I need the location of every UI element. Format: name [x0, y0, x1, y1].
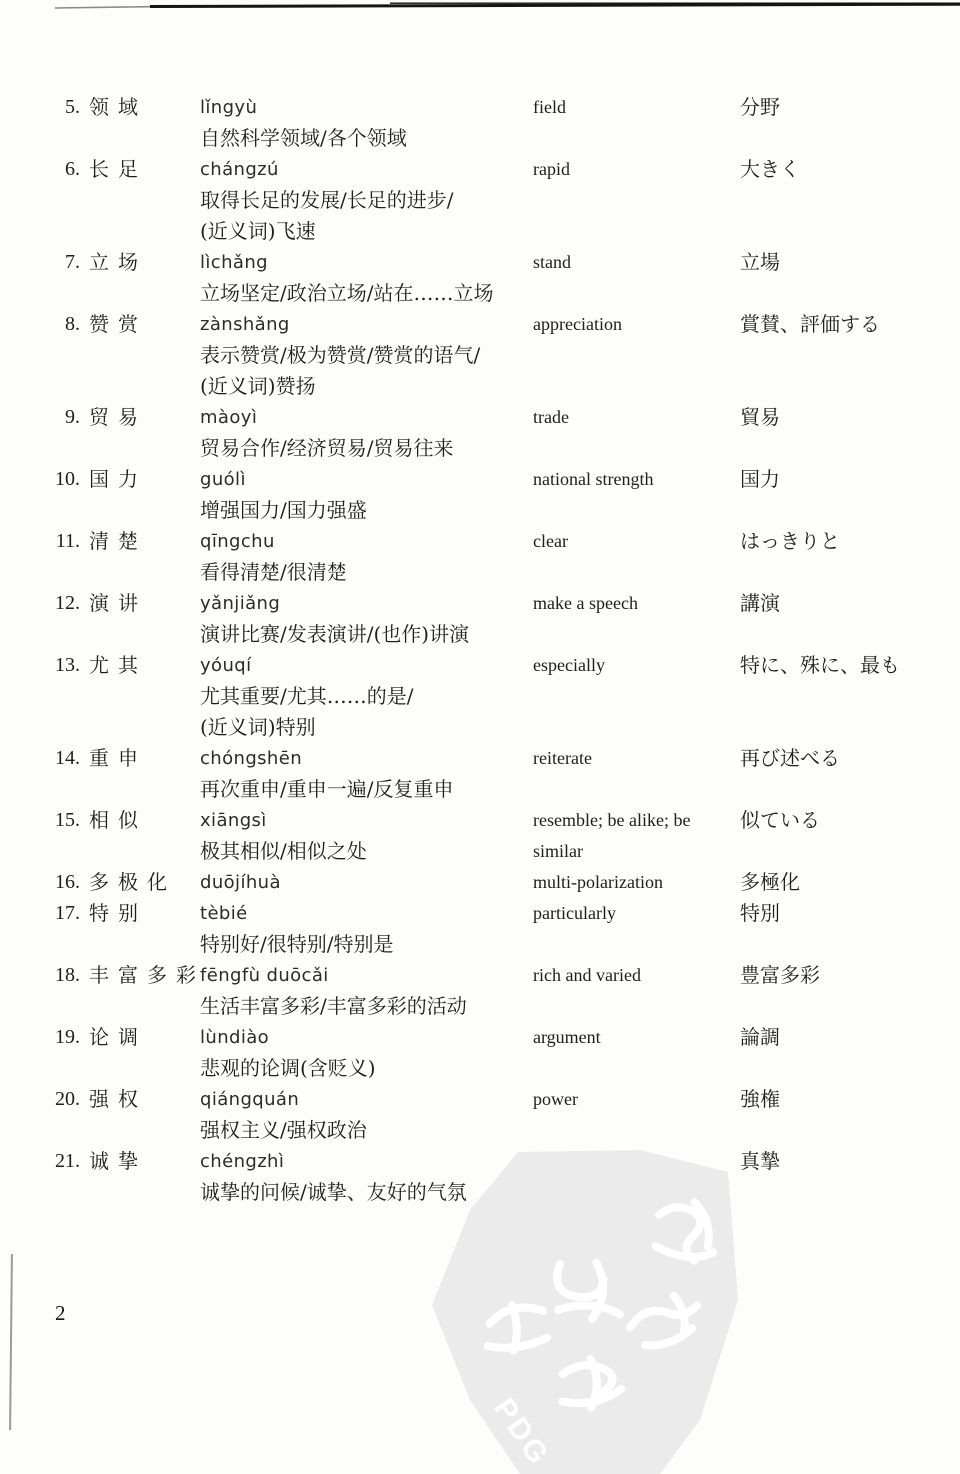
- pinyin-example-cell: xiāngsì 极其相似/相似之处: [200, 805, 533, 867]
- vocab-entry: 14. 重申 chóngshēn 再次重申/重申一遍/反复重申 reiterat…: [40, 743, 946, 805]
- entry-example: (近义词)飞速: [200, 216, 533, 247]
- watermark-pdg-label: PDG: [487, 1392, 556, 1472]
- entry-pinyin: yǎnjiǎng: [200, 588, 533, 619]
- vocab-entry: 16. 多极化 duōjíhuà multi-polarization 多極化: [40, 867, 946, 898]
- entry-example: 增强国力/国力强盛: [200, 495, 533, 526]
- headword-cell: 11. 清楚: [40, 526, 200, 557]
- entry-headword: 演讲: [89, 588, 147, 619]
- vocab-entry: 5. 领域 lǐngyù 自然科学领域/各个领域 field 分野: [40, 92, 946, 154]
- entry-japanese: 大きく: [740, 154, 946, 185]
- vocab-entry: 15. 相似 xiāngsì 极其相似/相似之处 resemble; be al…: [40, 805, 946, 867]
- pinyin-example-cell: duōjíhuà: [200, 867, 533, 898]
- vocab-entry: 8. 赞赏 zànshǎng 表示赞赏/极为赞赏/赞赏的语气/(近义词)赞扬 a…: [40, 309, 946, 402]
- entry-examples: 强权主义/强权政治: [200, 1115, 533, 1146]
- entry-japanese: 論調: [740, 1022, 946, 1053]
- entry-number: 16.: [40, 867, 80, 898]
- entry-number: 5.: [40, 92, 80, 123]
- headword-cell: 20. 强权: [40, 1084, 200, 1115]
- entry-japanese: 特に、殊に、最も: [740, 650, 946, 681]
- entry-japanese: はっきりと: [740, 526, 946, 557]
- entry-pinyin: lìchǎng: [200, 247, 533, 278]
- entry-japanese: 真摯: [740, 1146, 946, 1177]
- entry-japanese: 強権: [740, 1084, 946, 1115]
- pinyin-example-cell: màoyì 贸易合作/经济贸易/贸易往来: [200, 402, 533, 464]
- scan-edge-line-top: [0, 0, 960, 14]
- vocab-entry: 20. 强权 qiángquán 强权主义/强权政治 power 強権: [40, 1084, 946, 1146]
- entry-headword: 丰富多彩: [89, 960, 205, 991]
- entry-english: rich and varied: [533, 960, 740, 991]
- vocab-entry: 7. 立场 lìchǎng 立场坚定/政治立场/站在……立场 stand 立場: [40, 247, 946, 309]
- entry-headword: 长足: [89, 154, 147, 185]
- entry-english: trade: [533, 402, 740, 433]
- headword-cell: 14. 重申: [40, 743, 200, 774]
- pinyin-example-cell: qiángquán 强权主义/强权政治: [200, 1084, 533, 1146]
- entry-pinyin: yóuqí: [200, 650, 533, 681]
- headword-cell: 19. 论调: [40, 1022, 200, 1053]
- entry-example: 看得清楚/很清楚: [200, 557, 533, 588]
- entry-example: 尤其重要/尤其……的是/: [200, 681, 533, 712]
- vocab-entry: 13. 尤其 yóuqí 尤其重要/尤其……的是/(近义词)特别 especia…: [40, 650, 946, 743]
- headword-cell: 6. 长足: [40, 154, 200, 185]
- pinyin-example-cell: fēngfù duōcǎi 生活丰富多彩/丰富多彩的活动: [200, 960, 533, 1022]
- entry-example: 生活丰富多彩/丰富多彩的活动: [200, 991, 533, 1022]
- entry-headword: 多极化: [89, 867, 176, 898]
- entry-japanese: 分野: [740, 92, 946, 123]
- entry-pinyin: chéngzhì: [200, 1146, 533, 1177]
- entry-example: 取得长足的发展/长足的进步/: [200, 185, 533, 216]
- entry-japanese: 国力: [740, 464, 946, 495]
- vocab-entry: 6. 长足 chángzú 取得长足的发展/长足的进步/(近义词)飞速 rapi…: [40, 154, 946, 247]
- entry-number: 20.: [40, 1084, 80, 1115]
- entry-headword: 国力: [89, 464, 147, 495]
- entry-examples: 再次重申/重申一遍/反复重申: [200, 774, 533, 805]
- entry-pinyin: guólì: [200, 464, 533, 495]
- entry-examples: 贸易合作/经济贸易/贸易往来: [200, 433, 533, 464]
- pinyin-example-cell: zànshǎng 表示赞赏/极为赞赏/赞赏的语气/(近义词)赞扬: [200, 309, 533, 402]
- headword-cell: 9. 贸易: [40, 402, 200, 433]
- vocab-entry: 19. 论调 lùndiào 悲观的论调(含贬义) argument 論調: [40, 1022, 946, 1084]
- entry-number: 15.: [40, 805, 80, 836]
- entry-examples: 立场坚定/政治立场/站在……立场: [200, 278, 533, 309]
- entry-pinyin: fēngfù duōcǎi: [200, 960, 533, 991]
- entry-english: resemble; be alike; be similar: [533, 805, 740, 867]
- entry-english: sincere: [533, 1146, 740, 1177]
- watermark-seal-glyph: [556, 1355, 623, 1413]
- entry-english: appreciation: [533, 309, 740, 340]
- entry-number: 21.: [40, 1146, 80, 1177]
- entry-headword: 贸易: [89, 402, 147, 433]
- entry-examples: 增强国力/国力强盛: [200, 495, 533, 526]
- entry-pinyin: zànshǎng: [200, 309, 533, 340]
- entry-pinyin: màoyì: [200, 402, 533, 433]
- entry-number: 9.: [40, 402, 80, 433]
- entry-japanese: 賞賛、評価する: [740, 309, 946, 340]
- entry-headword: 领域: [89, 92, 147, 123]
- entry-headword: 相似: [89, 805, 147, 836]
- entry-example: 表示赞赏/极为赞赏/赞赏的语气/: [200, 340, 533, 371]
- vocab-entry: 10. 国力 guólì 增强国力/国力强盛 national strength…: [40, 464, 946, 526]
- entry-english: make a speech: [533, 588, 740, 619]
- scan-edge-line-left: [9, 1254, 13, 1430]
- entry-english: especially: [533, 650, 740, 681]
- entry-example: 再次重申/重申一遍/反复重申: [200, 774, 533, 805]
- entry-headword: 清楚: [89, 526, 147, 557]
- entry-pinyin: duōjíhuà: [200, 867, 533, 898]
- watermark-seal-glyph: [483, 1301, 549, 1354]
- entry-japanese: 立場: [740, 247, 946, 278]
- headword-cell: 12. 演讲: [40, 588, 200, 619]
- vocab-entry: 12. 演讲 yǎnjiǎng 演讲比赛/发表演讲/(也作)讲演 make a …: [40, 588, 946, 650]
- entry-japanese: 再び述べる: [740, 743, 946, 774]
- entry-example: 特别好/很特别/特别是: [200, 929, 533, 960]
- entry-english: national strength: [533, 464, 740, 495]
- pinyin-example-cell: chéngzhì 诚挚的问候/诚挚、友好的气氛: [200, 1146, 533, 1208]
- entry-english: reiterate: [533, 743, 740, 774]
- entry-headword: 诚挚: [89, 1146, 147, 1177]
- scanned-book-page: 5. 领域 lǐngyù 自然科学领域/各个领域 field 分野 6. 长足 …: [0, 0, 960, 1474]
- entry-japanese: 貿易: [740, 402, 946, 433]
- entry-examples: 诚挚的问候/诚挚、友好的气氛: [200, 1177, 533, 1208]
- entry-pinyin: lùndiào: [200, 1022, 533, 1053]
- pinyin-example-cell: yóuqí 尤其重要/尤其……的是/(近义词)特别: [200, 650, 533, 743]
- entry-pinyin: lǐngyù: [200, 92, 533, 123]
- entry-english: field: [533, 92, 740, 123]
- entry-headword: 论调: [89, 1022, 147, 1053]
- entry-examples: 尤其重要/尤其……的是/(近义词)特别: [200, 681, 533, 743]
- headword-cell: 13. 尤其: [40, 650, 200, 681]
- entry-pinyin: tèbié: [200, 898, 533, 929]
- entry-number: 7.: [40, 247, 80, 278]
- entry-number: 8.: [40, 309, 80, 340]
- entry-japanese: 豊富多彩: [740, 960, 946, 991]
- entry-japanese: 似ている: [740, 805, 946, 836]
- headword-cell: 16. 多极化: [40, 867, 200, 898]
- entry-examples: 看得清楚/很清楚: [200, 557, 533, 588]
- vocab-entry: 9. 贸易 màoyì 贸易合作/经济贸易/贸易往来 trade 貿易: [40, 402, 946, 464]
- pinyin-example-cell: tèbié 特别好/很特别/特别是: [200, 898, 533, 960]
- entry-example: 立场坚定/政治立场/站在……立场: [200, 278, 533, 309]
- entry-english: multi-polarization: [533, 867, 740, 898]
- entry-example: 自然科学领域/各个领域: [200, 123, 533, 154]
- watermark-seal-glyph: [625, 1291, 704, 1351]
- entry-headword: 强权: [89, 1084, 147, 1115]
- entry-japanese: 多極化: [740, 867, 946, 898]
- pinyin-example-cell: guólì 增强国力/国力强盛: [200, 464, 533, 526]
- headword-cell: 21. 诚挚: [40, 1146, 200, 1177]
- vocab-entry: 18. 丰富多彩 fēngfù duōcǎi 生活丰富多彩/丰富多彩的活动 ri…: [40, 960, 946, 1022]
- headword-cell: 18. 丰富多彩: [40, 960, 200, 991]
- pinyin-example-cell: lǐngyù 自然科学领域/各个领域: [200, 92, 533, 154]
- entry-number: 17.: [40, 898, 80, 929]
- pinyin-example-cell: chóngshēn 再次重申/重申一遍/反复重申: [200, 743, 533, 805]
- entry-english: particularly: [533, 898, 740, 929]
- entry-headword: 尤其: [89, 650, 147, 681]
- pinyin-example-cell: qīngchu 看得清楚/很清楚: [200, 526, 533, 588]
- vocab-entry: 21. 诚挚 chéngzhì 诚挚的问候/诚挚、友好的气氛 sincere 真…: [40, 1146, 946, 1208]
- entry-english: power: [533, 1084, 740, 1115]
- entry-example: 强权主义/强权政治: [200, 1115, 533, 1146]
- watermark-seal-glyph: [550, 1255, 620, 1325]
- entry-examples: 悲观的论调(含贬义): [200, 1053, 533, 1084]
- entry-english: clear: [533, 526, 740, 557]
- entry-japanese: 講演: [740, 588, 946, 619]
- page-number: 2: [55, 1301, 66, 1326]
- entry-number: 13.: [40, 650, 80, 681]
- entry-example: 贸易合作/经济贸易/贸易往来: [200, 433, 533, 464]
- headword-cell: 8. 赞赏: [40, 309, 200, 340]
- headword-cell: 10. 国力: [40, 464, 200, 495]
- entry-pinyin: chángzú: [200, 154, 533, 185]
- pinyin-example-cell: lìchǎng 立场坚定/政治立场/站在……立场: [200, 247, 533, 309]
- watermark-seal-glyph: [648, 1201, 714, 1268]
- entry-japanese: 特別: [740, 898, 946, 929]
- entry-headword: 重申: [89, 743, 147, 774]
- entry-example: 诚挚的问候/诚挚、友好的气氛: [200, 1177, 533, 1208]
- entry-number: 18.: [40, 960, 80, 991]
- entry-english: argument: [533, 1022, 740, 1053]
- headword-cell: 17. 特别: [40, 898, 200, 929]
- entry-example: 极其相似/相似之处: [200, 836, 533, 867]
- entry-pinyin: qiángquán: [200, 1084, 533, 1115]
- entry-english: stand: [533, 247, 740, 278]
- headword-cell: 15. 相似: [40, 805, 200, 836]
- entry-number: 11.: [40, 526, 80, 557]
- entry-examples: 取得长足的发展/长足的进步/(近义词)飞速: [200, 185, 533, 247]
- entry-headword: 赞赏: [89, 309, 147, 340]
- entry-examples: 表示赞赏/极为赞赏/赞赏的语气/(近义词)赞扬: [200, 340, 533, 402]
- entry-pinyin: qīngchu: [200, 526, 533, 557]
- entry-headword: 立场: [89, 247, 147, 278]
- entry-number: 12.: [40, 588, 80, 619]
- entry-example: (近义词)特别: [200, 712, 533, 743]
- headword-cell: 5. 领域: [40, 92, 200, 123]
- entry-number: 10.: [40, 464, 80, 495]
- entry-english: rapid: [533, 154, 740, 185]
- entry-headword: 特别: [89, 898, 147, 929]
- entry-number: 6.: [40, 154, 80, 185]
- entry-examples: 极其相似/相似之处: [200, 836, 533, 867]
- entry-examples: 生活丰富多彩/丰富多彩的活动: [200, 991, 533, 1022]
- entry-examples: 演讲比赛/发表演讲/(也作)讲演: [200, 619, 533, 650]
- entry-number: 19.: [40, 1022, 80, 1053]
- pinyin-example-cell: lùndiào 悲观的论调(含贬义): [200, 1022, 533, 1084]
- headword-cell: 7. 立场: [40, 247, 200, 278]
- entry-example: 演讲比赛/发表演讲/(也作)讲演: [200, 619, 533, 650]
- pinyin-example-cell: yǎnjiǎng 演讲比赛/发表演讲/(也作)讲演: [200, 588, 533, 650]
- entry-pinyin: chóngshēn: [200, 743, 533, 774]
- pinyin-example-cell: chángzú 取得长足的发展/长足的进步/(近义词)飞速: [200, 154, 533, 247]
- entry-number: 14.: [40, 743, 80, 774]
- vocab-list: 5. 领域 lǐngyù 自然科学领域/各个领域 field 分野 6. 长足 …: [40, 92, 946, 1208]
- vocab-entry: 17. 特别 tèbié 特别好/很特别/特别是 particularly 特別: [40, 898, 946, 960]
- entry-example: (近义词)赞扬: [200, 371, 533, 402]
- entry-example: 悲观的论调(含贬义): [200, 1053, 533, 1084]
- entry-pinyin: xiāngsì: [200, 805, 533, 836]
- vocab-entry: 11. 清楚 qīngchu 看得清楚/很清楚 clear はっきりと: [40, 526, 946, 588]
- entry-examples: 特别好/很特别/特别是: [200, 929, 533, 960]
- entry-examples: 自然科学领域/各个领域: [200, 123, 533, 154]
